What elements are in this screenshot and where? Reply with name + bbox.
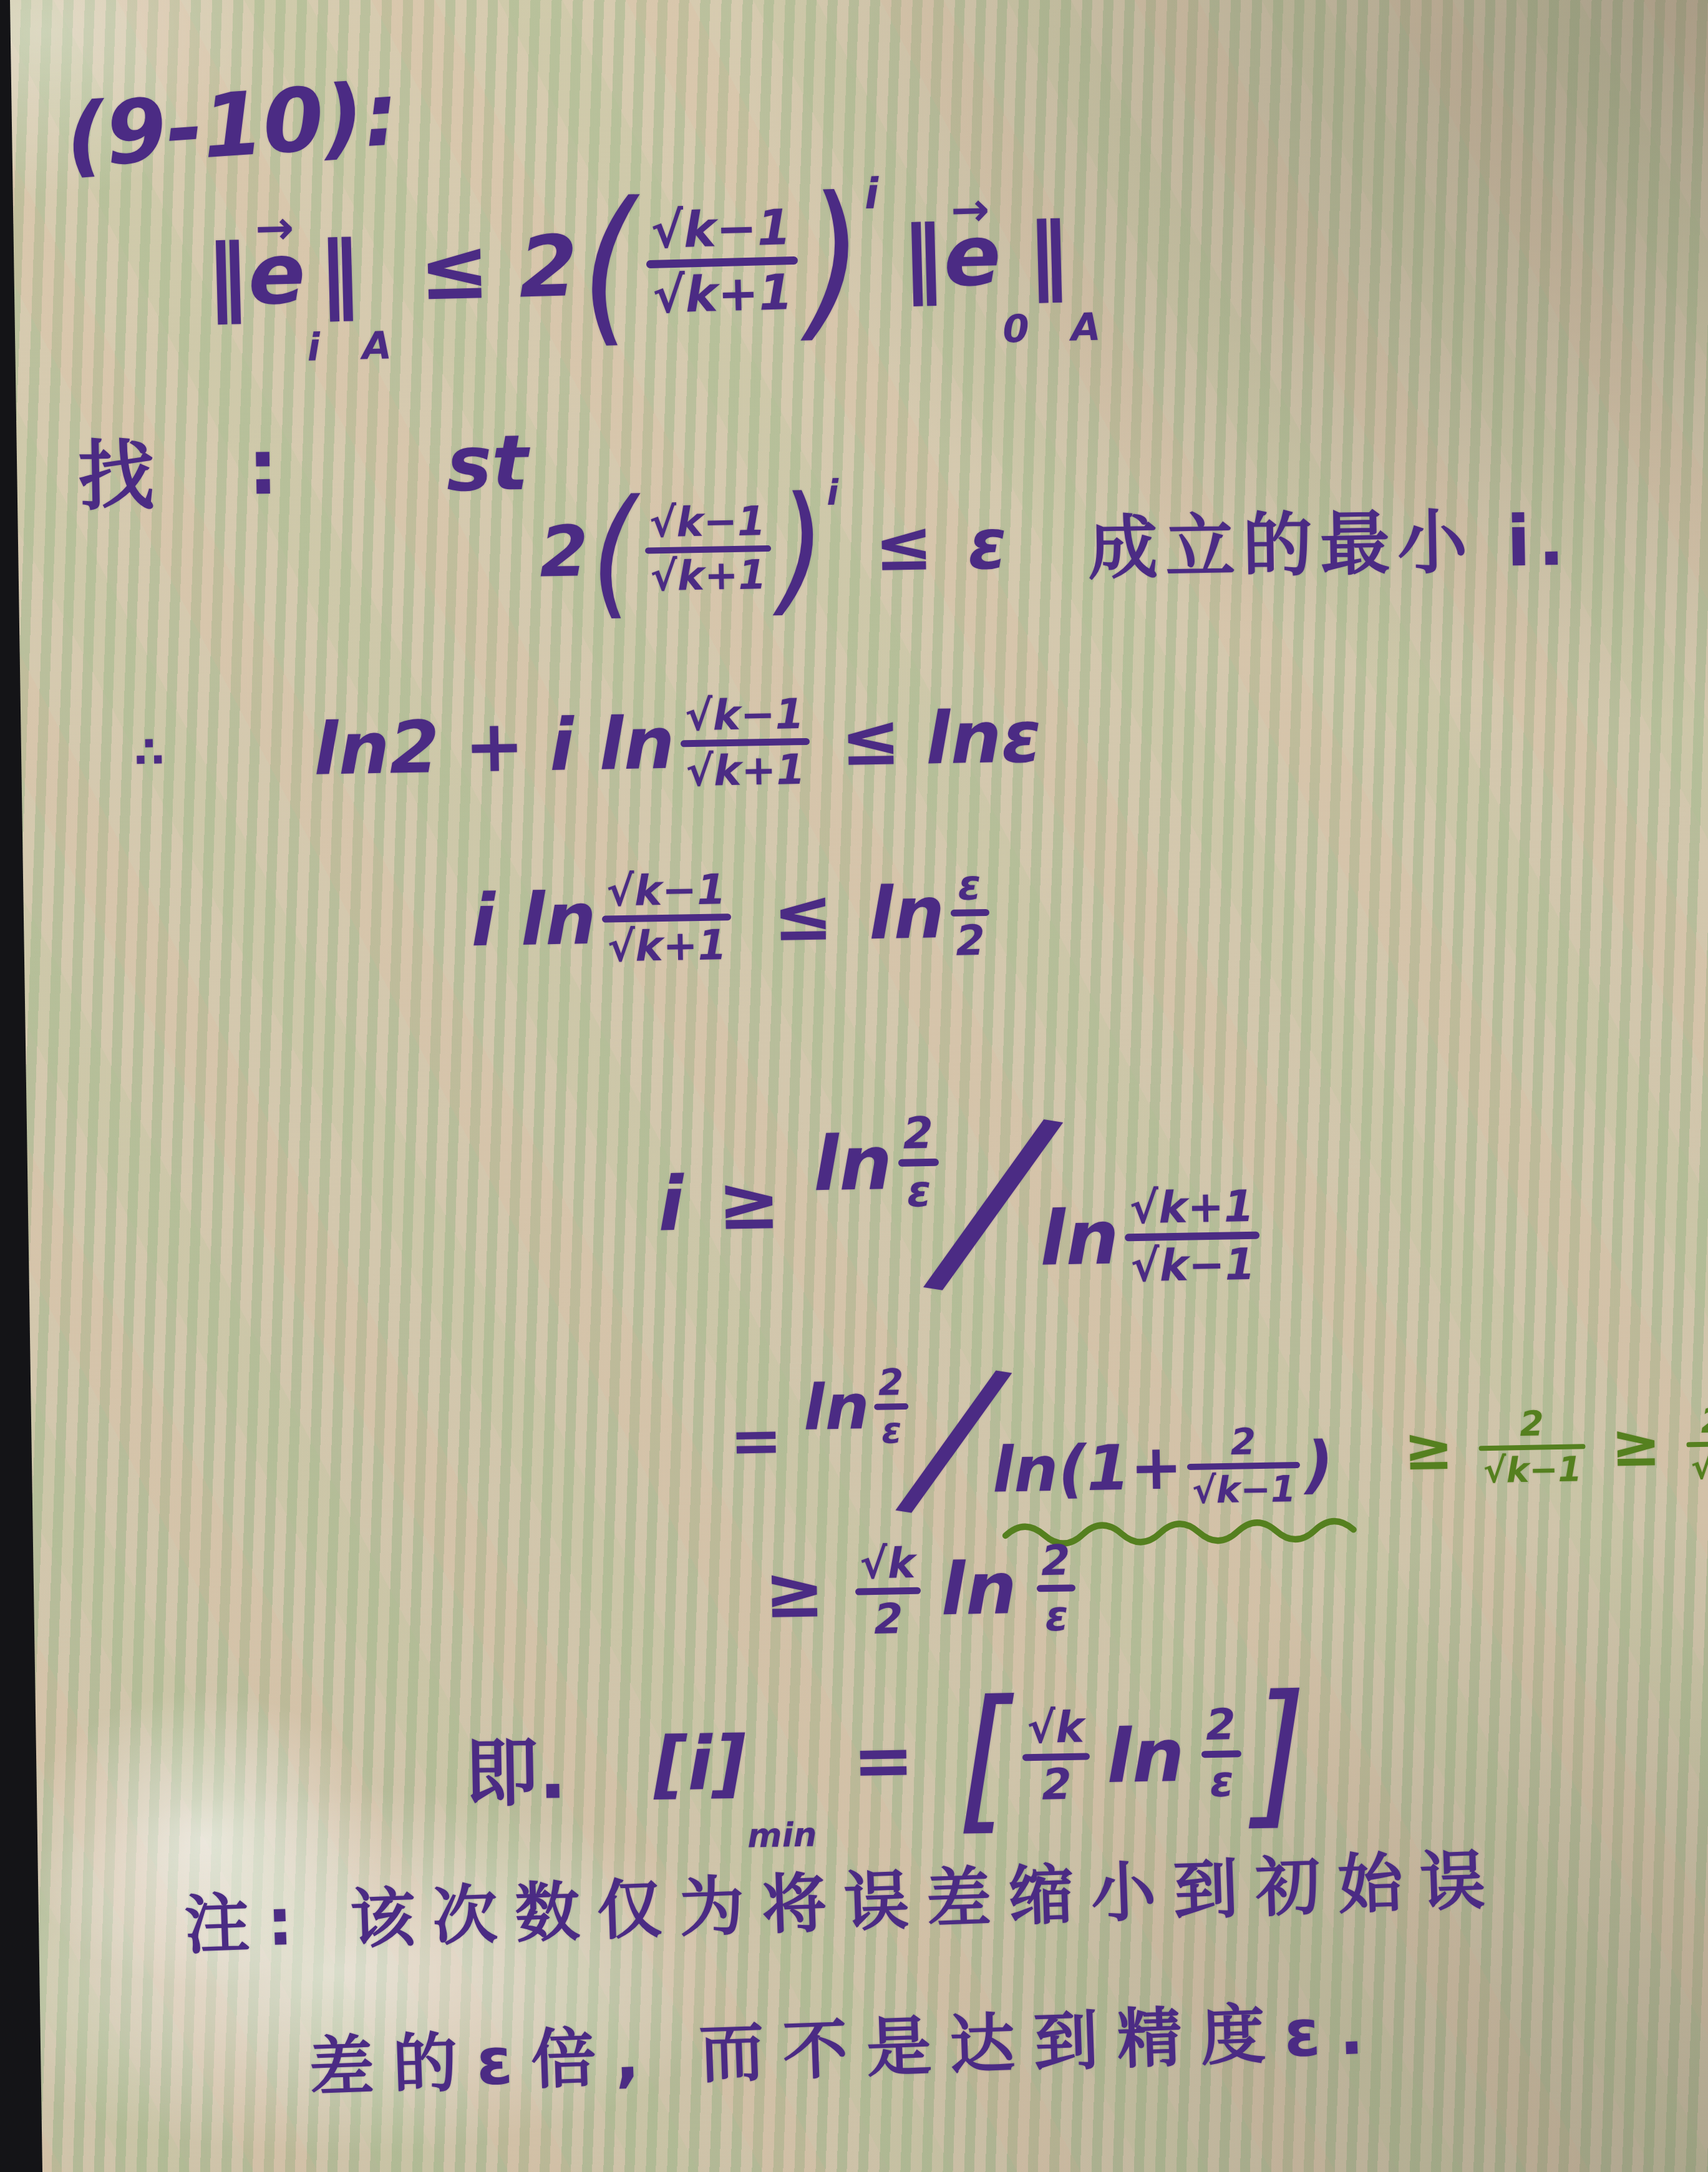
paren-open: (: [578, 167, 639, 364]
note-text-1: 注: 该次数仅为将误差缩小到初始误: [183, 1827, 1504, 1967]
fraction: √k+1 √k−1: [1124, 1184, 1261, 1289]
min-subscript: min: [747, 1816, 817, 1856]
fraction: √k−1 √k+1: [644, 202, 799, 323]
exponent-i: i: [827, 473, 839, 514]
paren-close: ): [777, 465, 827, 630]
fraction: √k−1 √k+1: [644, 500, 772, 599]
fraction: √k−1 √k+1: [679, 692, 810, 793]
formula-final-bound: ≥ √k 2 ln 2 ε: [739, 1538, 1082, 1643]
numerator: √k+1: [1124, 1184, 1259, 1232]
numerator: 2: [898, 1111, 939, 1157]
fraction: √k 2: [855, 1541, 922, 1642]
subscript-A: A: [1070, 306, 1101, 350]
bracket-open: [: [653, 1720, 688, 1807]
numerator: √k: [855, 1541, 921, 1586]
denominator: √k+1: [602, 923, 732, 969]
numerator: 2: [1515, 1406, 1548, 1443]
fraction-bar: [950, 909, 989, 917]
norm-open: ‖: [205, 226, 250, 325]
numerator: 2: [1697, 1403, 1708, 1440]
fraction: ε 2: [949, 863, 990, 963]
division-slash: /: [939, 1093, 1046, 1305]
formula-i-bound: i ≥ ln 2 ε / ln √k+1 √k−1: [656, 1093, 1267, 1306]
note-line-2: 差的ε倍, 而不是达到精度ε.: [308, 1978, 1384, 2109]
therefore-symbol: ∴: [133, 728, 164, 778]
leq-symbol: ≤: [418, 220, 491, 319]
paren-close: ): [805, 160, 866, 358]
numerator: √k−1: [601, 867, 731, 913]
norm-close: ‖: [317, 223, 362, 322]
i-symbol: i: [687, 1720, 714, 1806]
ln-open: ln(1+: [992, 1431, 1183, 1507]
formula-conclusion: 即. [ i ] min = [ √k 2 ln 2 ε ]: [463, 1671, 1314, 1849]
ceiling-bracket-open: [: [955, 1667, 1013, 1850]
log-terms: ln2 + i ln: [313, 702, 676, 792]
that-is-label: 即.: [464, 1713, 568, 1821]
numerator: √k−1: [644, 202, 797, 258]
such-that: st: [446, 418, 529, 508]
i-symbol: i: [657, 1161, 685, 1248]
numerator: ε: [953, 863, 986, 907]
green-annotation: ≥ 2 √k−1 ≥ 2 √k: [1382, 1403, 1708, 1491]
norm-close: ‖: [1026, 205, 1070, 304]
ceiling-bracket-close: ]: [1251, 1662, 1309, 1845]
colon: :: [247, 422, 279, 512]
numerator: 2: [1200, 1703, 1241, 1748]
vector-arrow-icon: →: [255, 200, 294, 256]
denominator: 2: [1036, 1763, 1077, 1808]
formula-condition: 2 ( √k−1 √k+1 ) i ≤ ε 成立的最小 i.: [538, 465, 1573, 622]
photo-dark-edge: [0, 0, 50, 2172]
formula-error-bound: ‖ →e i ‖ A ≤ 2 ( √k−1 √k+1 ) i ‖ →e 0 ‖ …: [204, 169, 1101, 359]
i-ln: i ln: [470, 877, 597, 963]
vector-e-0: →e: [943, 206, 1002, 305]
denominator: 2: [951, 918, 991, 963]
geq-symbol: ≥: [764, 1551, 825, 1635]
notebook-photo: (9-10): ‖ →e i ‖ A ≤ 2 ( √k−1 √k+1 ) i ‖…: [0, 0, 1708, 2172]
geq-symbol: ≥: [1611, 1411, 1662, 1480]
coefficient-2: 2: [539, 511, 589, 593]
exponent-i: i: [864, 168, 880, 218]
equals-symbol: =: [852, 1717, 915, 1804]
subscript-0: 0: [1002, 307, 1029, 351]
leq-symbol: ≤: [874, 505, 934, 587]
numerator: √k−1: [644, 500, 771, 545]
numerator: 2: [1036, 1538, 1076, 1582]
numerator: 2: [1226, 1423, 1260, 1461]
ln: ln: [812, 1119, 893, 1207]
vector-arrow-icon: →: [950, 182, 990, 238]
fraction: √k 2: [1022, 1705, 1090, 1808]
fraction: √k−1 √k+1: [601, 867, 732, 968]
fraction: 2 √k−1: [1478, 1406, 1586, 1489]
fraction-bar: [898, 1159, 939, 1166]
denominator: ε: [877, 1411, 906, 1450]
denominator: ε: [1040, 1594, 1074, 1638]
denominator: √k+1: [646, 267, 799, 323]
denominator: ε: [901, 1168, 937, 1214]
log-epsilon: lnε: [925, 696, 1042, 781]
denominator-group: ln √k+1 √k−1: [1039, 1184, 1267, 1291]
denominator: √k−1: [1479, 1451, 1586, 1489]
equals-symbol: =: [729, 1403, 783, 1477]
subscript-A: A: [362, 324, 392, 368]
note-text-2: 差的ε倍, 而不是达到精度ε.: [308, 1978, 1384, 2109]
denominator: √k−1: [1188, 1470, 1301, 1510]
formula-log-step: ∴ ln2 + i ln √k−1 √k+1 ≤ lnε: [133, 688, 1042, 802]
norm-open: ‖: [900, 208, 945, 307]
numerator-group: ln 2 ε: [803, 1363, 914, 1451]
denominator: √k: [1686, 1449, 1708, 1486]
vector-e-i: →e: [247, 225, 307, 324]
denominator: √k−1: [1125, 1241, 1261, 1289]
fraction-bar: [1037, 1584, 1076, 1592]
ln: ln: [803, 1370, 870, 1444]
numerator-group: ln 2 ε: [812, 1111, 946, 1216]
numerator: 2: [873, 1363, 908, 1402]
denominator: 2: [869, 1597, 909, 1641]
formula-approximation: = ln 2 ε / ln(1+ 2 √k−1 ) ≥ 2: [707, 1339, 1708, 1526]
paren-open: (: [590, 469, 639, 633]
denominator: √k+1: [645, 554, 772, 599]
numerator: √k−1: [679, 692, 809, 738]
numerator: √k: [1022, 1705, 1090, 1751]
fraction-bar: [855, 1587, 921, 1595]
geq-symbol: ≥: [717, 1159, 781, 1247]
division-slash: /: [908, 1348, 997, 1524]
ln: ln: [940, 1547, 1017, 1632]
denominator: √k+1: [681, 747, 810, 793]
ln: ln: [1039, 1194, 1120, 1282]
denominator: ε: [1205, 1760, 1240, 1805]
formula-isolated-log: i ln √k−1 √k+1 ≤ ln ε 2: [470, 863, 996, 971]
leq-symbol: ≤: [772, 874, 834, 958]
fraction: 2 ε: [873, 1363, 909, 1450]
problem-label: (9-10):: [62, 64, 402, 188]
seek-character: 找: [77, 414, 155, 525]
bracket-close: ]: [712, 1720, 747, 1806]
geq-symbol: ≥: [1403, 1415, 1454, 1484]
paren-close: ): [1304, 1428, 1334, 1502]
subscript-i: i: [306, 326, 321, 370]
condition-text: 成立的最小 i.: [1087, 484, 1573, 593]
problem-label-line: (9-10):: [62, 64, 402, 188]
fraction: 2 ε: [1036, 1538, 1077, 1638]
seek-line: 找 : st: [77, 408, 530, 525]
fraction: 2 √k−1: [1186, 1422, 1301, 1510]
ln: ln: [1106, 1712, 1185, 1799]
fraction: 2 √k: [1686, 1403, 1708, 1486]
leq-symbol: ≤: [840, 698, 901, 783]
epsilon: ε: [968, 504, 1008, 585]
denominator-group: ln(1+ 2 √k−1 ): [992, 1421, 1334, 1514]
ln: ln: [868, 871, 946, 956]
fraction: 2 ε: [1200, 1703, 1242, 1805]
fraction: 2 ε: [898, 1111, 940, 1215]
note-line-1: 注: 该次数仅为将误差缩小到初始误: [183, 1827, 1504, 1967]
coefficient-2: 2: [518, 217, 579, 316]
